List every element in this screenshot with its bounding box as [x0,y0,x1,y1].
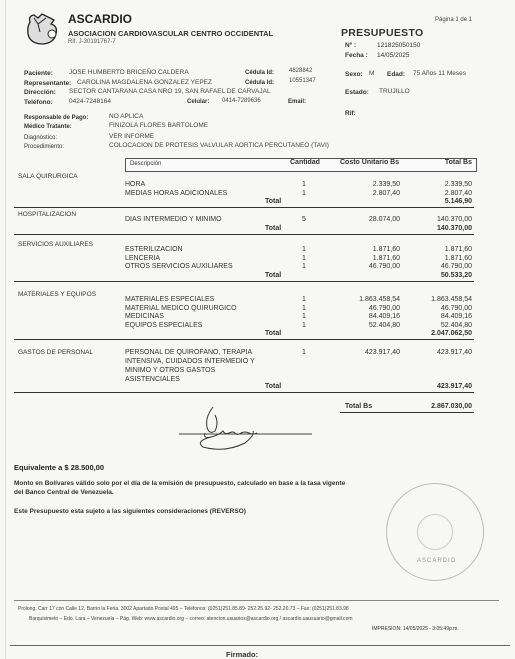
row-quantity: 1 [302,190,306,197]
validity-note-line1: Monto en Bolívares válido solo por el dí… [14,480,345,487]
procedure-value: COLOCACION DE PROTESIS VALVULAR AORTICA … [109,142,329,149]
org-full-name: ASOCIACION CARDIOVASCULAR CENTRO OCCIDEN… [68,29,273,38]
representative-label: Representante: [24,80,71,87]
age-label: Edad: [387,71,405,78]
section-title: HOSPITALIZACION [18,211,76,218]
row-description: HORA [125,181,145,188]
sex-value: M [369,70,374,77]
grand-total-value: 2.867.030,00 [400,403,472,410]
row-description-line: INTENSIVA, CUIDADOS INTERMEDIO Y [125,358,255,365]
row-quantity: 1 [302,305,306,312]
row-quantity: 1 [302,296,306,303]
row-description-line: ASISTENCIALES [125,376,180,383]
state-value: TRUJILLO [379,88,410,95]
date-label: Fecha : [345,52,368,59]
cellphone-label: Celular: [187,99,209,105]
row-description-line: MINIMO Y OTROS GASTOS [125,367,215,374]
stamp-text: ASCARDIO [417,558,456,564]
row-total: 52.404,80 [400,322,472,329]
row-description: MATERIALES ESPECIALES [125,296,214,303]
number-value: 121825050150 [377,42,420,49]
sex-label: Sexo: [345,71,363,78]
footer-address: Prolong. Carr 17 con Calle 12, Barrio la… [18,606,349,612]
row-unit-cost: 52.404,80 [330,322,400,329]
row-description: MATERIAL MEDICO QUIRURGICO [125,305,237,312]
page-number: Página 1 de 1 [435,17,472,23]
row-total: 1.863.458,54 [400,296,472,303]
section-total-label: Total [265,198,281,205]
patient-id-label: Cédula Id: [245,70,274,76]
section-total-value: 50.533,20 [400,272,472,279]
phone-value: 0424-7248164 [69,98,111,105]
address-label: Dirección: [24,89,56,96]
rif-label: Rif: [345,110,356,117]
section-divider [14,207,474,208]
date-value: 14/05/2025 [377,52,410,59]
org-name: ASCARDIO [68,12,132,26]
section-total-label: Total [265,383,281,390]
row-total: 140.370,00 [400,216,472,223]
address-value: SECTOR CANTARANA CASA NRO 19, SAN RAFAEL… [69,88,271,95]
row-unit-cost: 2.339,50 [330,181,400,188]
row-quantity: 1 [302,181,306,188]
section-total-label: Total [265,330,281,337]
payer-label: Responsable de Pago: [24,115,88,121]
doctor-label: Médico Tratante: [24,124,72,130]
section-total-value: 140.370,00 [400,225,472,232]
section-total-label: Total [265,272,281,279]
representative-value: CAROLINA MAGDALENA GONZALEZ YEPEZ [77,79,212,86]
row-quantity: 1 [302,322,306,329]
row-unit-cost: 1.863.458,54 [330,296,400,303]
row-total: 1.871,60 [400,246,472,253]
validity-note-line2: del Banco Central de Venezuela. [14,489,114,496]
section-divider [14,234,474,235]
heart-logo-icon [24,12,62,46]
grand-total-divider [340,412,474,413]
col-description: Descripción [130,161,161,167]
signature-icon [175,405,315,455]
section-title: SALA QUIRURGICA [18,173,78,180]
section-total-value: 423.917,40 [400,383,472,390]
diagnosis-value: VER INFORME [109,133,154,140]
org-rif: Rif. J-30191767-7 [68,39,116,45]
row-total: 2.807,40 [400,190,472,197]
section-title: SERVICIOS AUXILIARES [18,241,93,248]
patient-id-value: 4828842 [289,68,312,74]
age-value: 75 Años 11 Meses [413,70,466,77]
row-unit-cost: 1.871,60 [330,246,400,253]
stamp-seal-icon [417,514,453,550]
row-description: MEDIAS HORAS ADICIONALES [125,190,227,197]
row-unit-cost: 1.871,60 [330,255,400,262]
signed-label: Firmado: [226,650,258,659]
cellphone-value: 0414-7289636 [222,98,261,104]
col-unit-cost: Costo Unitario Bs [340,159,399,166]
row-description: EQUIPOS ESPECIALES [125,322,202,329]
row-description: DIAS INTERMEDIO Y MINIMO [125,216,222,223]
diagnosis-label: Diagnóstico: [24,135,57,141]
row-quantity: 1 [302,349,306,356]
row-quantity: 1 [302,246,306,253]
representative-id-label: Cédula Id: [245,80,274,86]
row-unit-cost: 46.790,00 [330,263,400,270]
row-unit-cost: 84.409,16 [330,313,400,320]
section-total-value: 2.047.062,50 [400,330,472,337]
row-total: 1.871,60 [400,255,472,262]
email-label: Email: [288,99,306,105]
row-total: 46.790,00 [400,263,472,270]
number-label: Nº : [345,42,356,49]
section-divider [14,281,474,282]
representative-id-value: 10551347 [289,78,316,84]
footer-divider [14,600,499,601]
doc-title: PRESUPUESTO [341,27,423,39]
row-quantity: 1 [302,263,306,270]
footer-contact: Barquisimeto – Edo. Lara – Venezuela – P… [29,616,353,622]
row-description: OTROS SERVICIOS AUXILIARES [125,263,233,270]
row-total: 46.790,00 [400,305,472,312]
section-total-label: Total [265,225,281,232]
phone-label: Teléfono: [24,99,53,106]
print-timestamp: IMPRESION: 14/05/2025 - 3:05:49p.m. [372,626,459,632]
doctor-value: FINIZOLA FLORES BARTOLOME [109,122,208,129]
section-title: MATERIALES Y EQUIPOS [18,291,96,298]
section-divider [14,339,474,340]
grand-total-label: Total Bs [345,403,372,410]
row-description: ESTERILIZACION [125,246,183,253]
row-total: 2.339,50 [400,181,472,188]
signed-divider [10,645,510,646]
row-total: 84.409,16 [400,313,472,320]
row-unit-cost: 28.074,00 [330,216,400,223]
section-divider [14,392,474,393]
conditions-note: Este Presupuesto esta sujeto a las sigui… [14,508,246,515]
row-unit-cost: 423.917,40 [330,349,400,356]
row-quantity: 1 [302,255,306,262]
patient-label: Paciente: [24,70,53,77]
section-total-value: 5.146,90 [400,198,472,205]
procedure-label: Procedimiento: [24,144,64,150]
col-quantity: Cantidad [290,159,320,166]
row-description-line: PERSONAL DE QUIROFANO, TERAPIA [125,349,252,356]
row-quantity: 1 [302,313,306,320]
payer-value: NO APLICA [109,113,143,120]
usd-equivalent: Equivalente a $ 28.500,00 [14,463,104,472]
col-total: Total Bs [420,159,472,166]
scan-edge [5,0,6,659]
row-unit-cost: 2.807,40 [330,190,400,197]
row-description: LENCERIA [125,255,160,262]
row-unit-cost: 46.790,00 [330,305,400,312]
patient-value: JOSE HUMBERTO BRICEÑO CALDERA [69,69,189,76]
row-total: 423.917,40 [400,349,472,356]
section-title: GASTOS DE PERSONAL [18,349,93,356]
row-description: MEDICINAS [125,313,164,320]
row-quantity: 5 [302,216,306,223]
company-stamp: ASCARDIO [386,483,484,581]
state-label: Estado: [345,89,369,96]
